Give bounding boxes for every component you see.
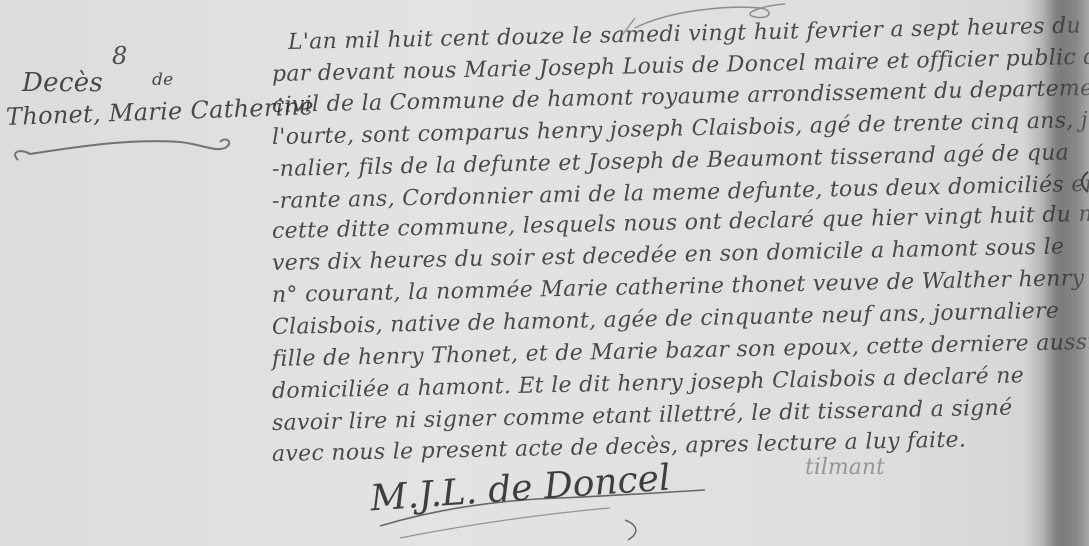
binding-shadow xyxy=(1043,0,1089,546)
margin-title-preposition: de xyxy=(152,70,174,90)
margin-title-name: Thonet, Marie Catherine xyxy=(6,92,315,131)
margin-flourish-decoration xyxy=(10,130,240,170)
document-scan: 8 Decès de Thonet, Marie Catherine L'an … xyxy=(0,0,1089,546)
witness-signature: tilmant xyxy=(805,455,885,480)
entry-number: 8 xyxy=(112,42,128,70)
margin-title-word: Decès xyxy=(22,68,103,98)
